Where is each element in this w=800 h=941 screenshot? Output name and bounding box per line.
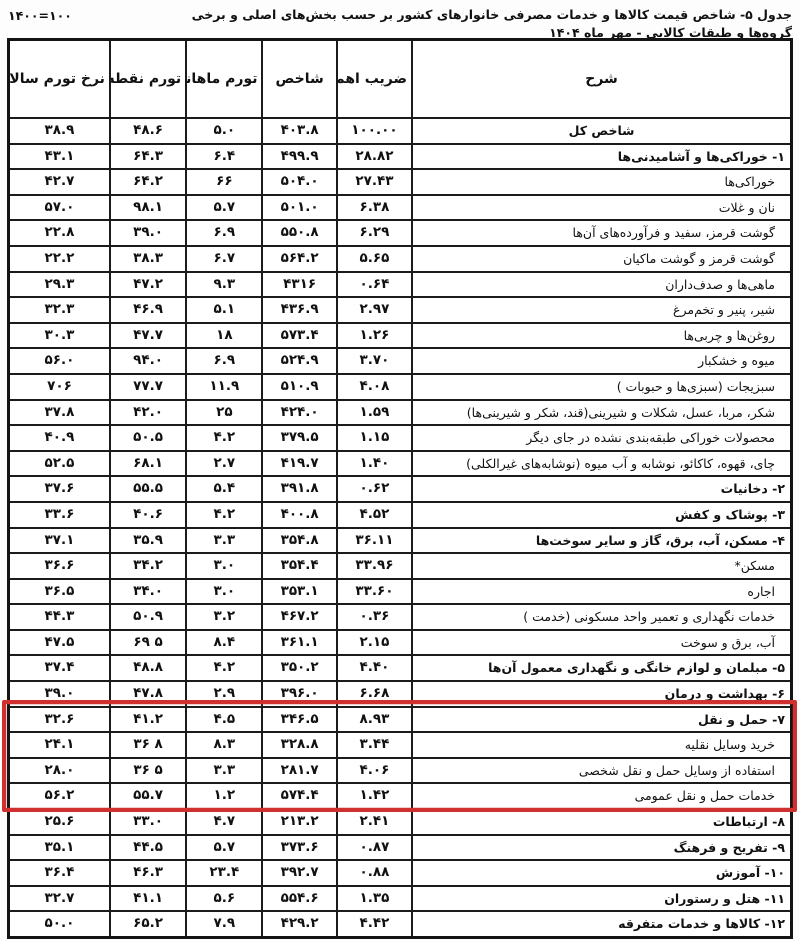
cell-index: ۴۹۹.۹ (262, 144, 336, 170)
cell-annual-inflation: ۵۷.۰ (9, 195, 110, 221)
cell-weight: ۲۷.۴۳ (337, 169, 412, 195)
header-cell-annual-inflation: نرخ تورم سالانه (9, 40, 110, 119)
cell-weight: ۴.۰۸ (337, 374, 412, 400)
table-row: خدمات حمل و نقل عمومی۱.۴۲۵۷۴.۴۱.۲۵۵.۷۵۶.… (9, 783, 792, 809)
cell-index: ۲۱۳.۲ (262, 809, 336, 835)
cell-monthly-inflation: ۲۵ (186, 400, 262, 426)
cell-description: شکر، مربا، عسل، شکلات و شیرینی(قند، شکر … (412, 400, 791, 426)
cell-description: ۷- حمل و نقل (412, 707, 791, 733)
table-row: ۵- مبلمان و لوازم خانگی و نگهداری معمول … (9, 655, 792, 681)
cell-weight: ۲۸.۸۲ (337, 144, 412, 170)
table-row: خدمات نگهداری و تعمیر واحد مسکونی (خدمت … (9, 604, 792, 630)
cell-description: محصولات خوراکی طبقه‌بندی نشده در جای دیگ… (412, 425, 791, 451)
cell-description: ۶- بهداشت و درمان (412, 681, 791, 707)
table-row: ۹- تفریح و فرهنگ۰.۸۷۳۷۳.۶۵.۷۴۴.۵۳۵.۱ (9, 835, 792, 861)
header-cell-index: شاخص (262, 40, 336, 119)
cell-annual-inflation: ۳۳.۶ (9, 502, 110, 528)
cell-point-to-point: ۴۱.۱ (110, 886, 186, 912)
cell-index: ۳۷۳.۶ (262, 835, 336, 861)
cell-annual-inflation: ۵۲.۵ (9, 451, 110, 477)
cell-monthly-inflation: ۲.۹ (186, 681, 262, 707)
table-row: ۱- خوراکی‌ها و آشامیدنی‌ها۲۸.۸۲۴۹۹.۹۶.۴۶… (9, 144, 792, 170)
cell-weight: ۳۶.۱۱ (337, 528, 412, 554)
cell-index: ۵۷۴.۴ (262, 783, 336, 809)
table-row: ۷- حمل و نقل۸.۹۳۳۴۶.۵۴.۵۴۱.۲۳۲.۶ (9, 707, 792, 733)
cell-monthly-inflation: ۶.۷ (186, 246, 262, 272)
cell-description: ماهی‌ها و صدف‌داران (412, 272, 791, 298)
cell-description: ۱۲- کالاها و خدمات متفرقه (412, 911, 791, 937)
cell-point-to-point: ۴۷.۷ (110, 323, 186, 349)
cell-description: روغن‌ها و چربی‌ها (412, 323, 791, 349)
cell-index: ۵۲۴.۹ (262, 348, 336, 374)
cell-point-to-point: ۶۸.۱ (110, 451, 186, 477)
cell-weight: ۰.۶۴ (337, 272, 412, 298)
cell-monthly-inflation: ۸.۳ (186, 732, 262, 758)
cell-weight: ۶.۲۹ (337, 220, 412, 246)
cell-monthly-inflation: ۳.۳ (186, 528, 262, 554)
cell-description: گوشت قرمز و گوشت ماکیان (412, 246, 791, 272)
cell-description: خدمات نگهداری و تعمیر واحد مسکونی (خدمت … (412, 604, 791, 630)
cell-weight: ۱.۵۹ (337, 400, 412, 426)
cell-index: ۳۹۲.۷ (262, 860, 336, 886)
cell-weight: ۱.۲۶ (337, 323, 412, 349)
cell-monthly-inflation: ۶.۹ (186, 348, 262, 374)
cell-monthly-inflation: ۳.۰ (186, 553, 262, 579)
cell-index: ۳۹۱.۸ (262, 476, 336, 502)
cell-point-to-point: ۵۵.۷ (110, 783, 186, 809)
cell-point-to-point: ۴۸.۶ (110, 118, 186, 144)
cell-description: ۱- خوراکی‌ها و آشامیدنی‌ها (412, 144, 791, 170)
cell-annual-inflation: ۳۷.۶ (9, 476, 110, 502)
cell-annual-inflation: ۳۲.۷ (9, 886, 110, 912)
cell-monthly-inflation: ۴.۲ (186, 425, 262, 451)
table-row: گوشت قرمز، سفید و فرآورده‌های آن‌ها۶.۲۹۵… (9, 220, 792, 246)
cell-description: ۹- تفریح و فرهنگ (412, 835, 791, 861)
table-row: نان و غلات۶.۳۸۵۰۱.۰۵.۷۹۸.۱۵۷.۰ (9, 195, 792, 221)
cell-description: ۵- مبلمان و لوازم خانگی و نگهداری معمول … (412, 655, 791, 681)
cell-monthly-inflation: ۷.۹ (186, 911, 262, 937)
cell-weight: ۱.۳۵ (337, 886, 412, 912)
cell-point-to-point: ۵۰.۵ (110, 425, 186, 451)
cell-point-to-point: ۴۶.۹ (110, 297, 186, 323)
cell-annual-inflation: ۴۷.۵ (9, 630, 110, 656)
cell-weight: ۰.۸۸ (337, 860, 412, 886)
cell-description: شاخص کل (412, 118, 791, 144)
cell-index: ۴۳۶.۹ (262, 297, 336, 323)
table-row: شیر، پنیر و تخم‌مرغ۲.۹۷۴۳۶.۹۵.۱۴۶.۹۳۲.۳ (9, 297, 792, 323)
cell-description: ۸- ارتباطات (412, 809, 791, 835)
cell-point-to-point: ۳۶ ۵ (110, 758, 186, 784)
cell-weight: ۴.۴۲ (337, 911, 412, 937)
price-index-table: شرح ضریب اهمیت شاخص تورم ماهانه تورم نقط… (7, 38, 793, 939)
cell-description: خرید وسایل نقلیه (412, 732, 791, 758)
cell-annual-inflation: ۳۶.۶ (9, 553, 110, 579)
cell-index: ۳۴۶.۵ (262, 707, 336, 733)
cell-description: استفاده از وسایل حمل و نقل شخصی (412, 758, 791, 784)
cell-monthly-inflation: ۶.۹ (186, 220, 262, 246)
cell-monthly-inflation: ۲.۷ (186, 451, 262, 477)
cell-weight: ۱۰۰.۰۰ (337, 118, 412, 144)
cell-point-to-point: ۴۶.۳ (110, 860, 186, 886)
cell-point-to-point: ۳۴.۲ (110, 553, 186, 579)
cell-point-to-point: ۵۵.۵ (110, 476, 186, 502)
cell-description: خدمات حمل و نقل عمومی (412, 783, 791, 809)
cell-index: ۴۶۷.۲ (262, 604, 336, 630)
cell-annual-inflation: ۵۶.۲ (9, 783, 110, 809)
cell-index: ۳۵۴.۴ (262, 553, 336, 579)
header-cell-monthly-inflation: تورم ماهانه (186, 40, 262, 119)
table-row: ۱۲- کالاها و خدمات متفرقه۴.۴۲۴۲۹.۲۷.۹۶۵.… (9, 911, 792, 937)
cell-description: اجاره (412, 579, 791, 605)
cell-index: ۳۷۹.۵ (262, 425, 336, 451)
cell-point-to-point: ۴۷.۸ (110, 681, 186, 707)
cell-index: ۴۰۳.۸ (262, 118, 336, 144)
cell-weight: ۱.۱۵ (337, 425, 412, 451)
cell-description: خوراکی‌ها (412, 169, 791, 195)
cell-annual-inflation: ۲۴.۱ (9, 732, 110, 758)
cell-annual-inflation: ۳۲.۳ (9, 297, 110, 323)
cell-annual-inflation: ۳۸.۹ (9, 118, 110, 144)
cell-point-to-point: ۳۵.۹ (110, 528, 186, 554)
table-row: استفاده از وسایل حمل و نقل شخصی۴.۰۶۲۸۱.۷… (9, 758, 792, 784)
cell-weight: ۸.۹۳ (337, 707, 412, 733)
cell-annual-inflation: ۳۹.۰ (9, 681, 110, 707)
cell-point-to-point: ۶۴.۲ (110, 169, 186, 195)
cell-index: ۴۳۱۶ (262, 272, 336, 298)
cell-monthly-inflation: ۳.۲ (186, 604, 262, 630)
cell-annual-inflation: ۳۷.۱ (9, 528, 110, 554)
cell-monthly-inflation: ۹.۳ (186, 272, 262, 298)
cell-index: ۵۵۴.۶ (262, 886, 336, 912)
cell-point-to-point: ۹۴.۰ (110, 348, 186, 374)
cell-annual-inflation: ۳۲.۶ (9, 707, 110, 733)
cell-point-to-point: ۴۸.۸ (110, 655, 186, 681)
cell-index: ۳۵۰.۲ (262, 655, 336, 681)
cell-weight: ۳۳.۹۶ (337, 553, 412, 579)
cell-weight: ۵.۶۵ (337, 246, 412, 272)
cell-annual-inflation: ۲۲.۸ (9, 220, 110, 246)
cell-annual-inflation: ۷۰۶ (9, 374, 110, 400)
cell-weight: ۰.۶۲ (337, 476, 412, 502)
page-title: جدول ۵- شاخص قیمت کالاها و خدمات مصرفی خ… (152, 6, 792, 42)
cell-index: ۵۵۰.۸ (262, 220, 336, 246)
table-row: ۴- مسکن، آب، برق، گاز و سایر سوخت‌ها۳۶.۱… (9, 528, 792, 554)
cell-monthly-inflation: ۵.۰ (186, 118, 262, 144)
cell-index: ۳۹۶.۰ (262, 681, 336, 707)
table-row: شکر، مربا، عسل، شکلات و شیرینی(قند، شکر … (9, 400, 792, 426)
cell-weight: ۲.۱۵ (337, 630, 412, 656)
cell-point-to-point: ۶۹ ۵ (110, 630, 186, 656)
cell-index: ۴۲۴.۰ (262, 400, 336, 426)
cell-description: ۱۱- هتل و رستوران (412, 886, 791, 912)
cell-description: ۳- پوشاک و کفش (412, 502, 791, 528)
table-row: روغن‌ها و چربی‌ها۱.۲۶۵۷۳.۴۱۸۴۷.۷۳۰.۳ (9, 323, 792, 349)
cell-index: ۴۲۹.۲ (262, 911, 336, 937)
cell-point-to-point: ۳۶ ۸ (110, 732, 186, 758)
table-row: ۱۰- آموزش۰.۸۸۳۹۲.۷۲۳.۴۴۶.۳۳۶.۴ (9, 860, 792, 886)
cell-index: ۴۱۹.۷ (262, 451, 336, 477)
cell-point-to-point: ۶۴.۳ (110, 144, 186, 170)
cell-index: ۲۸۱.۷ (262, 758, 336, 784)
cell-monthly-inflation: ۳.۰ (186, 579, 262, 605)
cell-annual-inflation: ۴۲.۷ (9, 169, 110, 195)
cell-point-to-point: ۵۰.۹ (110, 604, 186, 630)
cell-monthly-inflation: ۵.۱ (186, 297, 262, 323)
cell-weight: ۴.۰۶ (337, 758, 412, 784)
cell-annual-inflation: ۲۲.۲ (9, 246, 110, 272)
cell-description: چای، قهوه، کاکائو، نوشابه و آب میوه (نوش… (412, 451, 791, 477)
cell-weight: ۴.۴۰ (337, 655, 412, 681)
cell-point-to-point: ۳۹.۰ (110, 220, 186, 246)
cell-annual-inflation: ۵۶.۰ (9, 348, 110, 374)
title-bar: جدول ۵- شاخص قیمت کالاها و خدمات مصرفی خ… (8, 6, 792, 42)
cell-monthly-inflation: ۵.۷ (186, 195, 262, 221)
header-cell-weight: ضریب اهمیت (337, 40, 412, 119)
table-row: مسکن*۳۳.۹۶۳۵۴.۴۳.۰۳۴.۲۳۶.۶ (9, 553, 792, 579)
cell-description: سبزیجات (سبزی‌ها و حبوبات ) (412, 374, 791, 400)
cell-weight: ۰.۸۷ (337, 835, 412, 861)
cell-weight: ۳۳.۶۰ (337, 579, 412, 605)
cell-annual-inflation: ۵۰.۰ (9, 911, 110, 937)
cell-index: ۳۶۱.۱ (262, 630, 336, 656)
cell-monthly-inflation: ۳.۳ (186, 758, 262, 784)
cell-annual-inflation: ۴۳.۱ (9, 144, 110, 170)
cell-index: ۳۵۳.۱ (262, 579, 336, 605)
cell-point-to-point: ۴۴.۵ (110, 835, 186, 861)
cell-monthly-inflation: ۶.۴ (186, 144, 262, 170)
cell-weight: ۴.۵۲ (337, 502, 412, 528)
cell-monthly-inflation: ۵.۶ (186, 886, 262, 912)
cell-monthly-inflation: ۴.۲ (186, 502, 262, 528)
table-row: محصولات خوراکی طبقه‌بندی نشده در جای دیگ… (9, 425, 792, 451)
cell-weight: ۳.۴۴ (337, 732, 412, 758)
cell-annual-inflation: ۳۷.۸ (9, 400, 110, 426)
cell-monthly-inflation: ۴.۷ (186, 809, 262, 835)
table-row: ۳- پوشاک و کفش۴.۵۲۴۰۰.۸۴.۲۴۰.۶۳۳.۶ (9, 502, 792, 528)
cell-monthly-inflation: ۴.۲ (186, 655, 262, 681)
cell-description: نان و غلات (412, 195, 791, 221)
cell-index: ۴۰۰.۸ (262, 502, 336, 528)
cell-index: ۵۰۱.۰ (262, 195, 336, 221)
table-row: شاخص کل۱۰۰.۰۰۴۰۳.۸۵.۰۴۸.۶۳۸.۹ (9, 118, 792, 144)
cell-description: مسکن* (412, 553, 791, 579)
base-year-note: ۱۴۰۰=۱۰۰ (8, 6, 72, 23)
cell-index: ۳۲۸.۸ (262, 732, 336, 758)
cell-annual-inflation: ۲۵.۶ (9, 809, 110, 835)
cell-annual-inflation: ۲۸.۰ (9, 758, 110, 784)
cell-weight: ۶.۶۸ (337, 681, 412, 707)
cell-monthly-inflation: ۸.۴ (186, 630, 262, 656)
cell-weight: ۲.۹۷ (337, 297, 412, 323)
cell-point-to-point: ۴۰.۶ (110, 502, 186, 528)
cell-point-to-point: ۳۳.۰ (110, 809, 186, 835)
cell-annual-inflation: ۴۴.۳ (9, 604, 110, 630)
table-row: ۸- ارتباطات۲.۴۱۲۱۳.۲۴.۷۳۳.۰۲۵.۶ (9, 809, 792, 835)
cell-point-to-point: ۳۸.۳ (110, 246, 186, 272)
table-row: ۶- بهداشت و درمان۶.۶۸۳۹۶.۰۲.۹۴۷.۸۳۹.۰ (9, 681, 792, 707)
cell-description: ۱۰- آموزش (412, 860, 791, 886)
cell-point-to-point: ۳۴.۰ (110, 579, 186, 605)
cell-monthly-inflation: ۱۸ (186, 323, 262, 349)
table-row: اجاره۳۳.۶۰۳۵۳.۱۳.۰۳۴.۰۳۶.۵ (9, 579, 792, 605)
cell-monthly-inflation: ۵.۷ (186, 835, 262, 861)
table-body: شاخص کل۱۰۰.۰۰۴۰۳.۸۵.۰۴۸.۶۳۸.۹۱- خوراکی‌ه… (9, 118, 792, 938)
cell-index: ۳۵۴.۸ (262, 528, 336, 554)
cell-point-to-point: ۴۷.۲ (110, 272, 186, 298)
cell-annual-inflation: ۳۶.۵ (9, 579, 110, 605)
cell-weight: ۶.۳۸ (337, 195, 412, 221)
cell-description: ۴- مسکن، آب، برق، گاز و سایر سوخت‌ها (412, 528, 791, 554)
cell-weight: ۰.۳۶ (337, 604, 412, 630)
cell-description: آب، برق و سوخت (412, 630, 791, 656)
table-row: ۱۱- هتل و رستوران۱.۳۵۵۵۴.۶۵.۶۴۱.۱۳۲.۷ (9, 886, 792, 912)
cell-index: ۵۰۴.۰ (262, 169, 336, 195)
cell-weight: ۱.۴۲ (337, 783, 412, 809)
table-row: خرید وسایل نقلیه۳.۴۴۳۲۸.۸۸.۳۳۶ ۸۲۴.۱ (9, 732, 792, 758)
cell-index: ۵۱۰.۹ (262, 374, 336, 400)
cell-monthly-inflation: ۶۶ (186, 169, 262, 195)
table-row: ماهی‌ها و صدف‌داران۰.۶۴۴۳۱۶۹.۳۴۷.۲۲۹.۳ (9, 272, 792, 298)
table-row: گوشت قرمز و گوشت ماکیان۵.۶۵۵۶۴.۲۶.۷۳۸.۳۲… (9, 246, 792, 272)
scanned-table-page: { "title": "جدول ۵- شاخص قیمت کالاها و خ… (0, 0, 800, 941)
table-row: میوه و خشکبار۳.۷۰۵۲۴.۹۶.۹۹۴.۰۵۶.۰ (9, 348, 792, 374)
cell-weight: ۲.۴۱ (337, 809, 412, 835)
cell-annual-inflation: ۳۰.۳ (9, 323, 110, 349)
cell-monthly-inflation: ۲۳.۴ (186, 860, 262, 886)
cell-annual-inflation: ۴۰.۹ (9, 425, 110, 451)
cell-monthly-inflation: ۱.۲ (186, 783, 262, 809)
cell-monthly-inflation: ۱۱.۹ (186, 374, 262, 400)
cell-weight: ۱.۴۰ (337, 451, 412, 477)
cell-description: ۲- دخانیات (412, 476, 791, 502)
table-row: سبزیجات (سبزی‌ها و حبوبات )۴.۰۸۵۱۰.۹۱۱.۹… (9, 374, 792, 400)
table-header-row: شرح ضریب اهمیت شاخص تورم ماهانه تورم نقط… (9, 40, 792, 119)
cell-point-to-point: ۴۱.۲ (110, 707, 186, 733)
header-cell-description: شرح (412, 40, 791, 119)
cell-description: شیر، پنیر و تخم‌مرغ (412, 297, 791, 323)
cell-weight: ۳.۷۰ (337, 348, 412, 374)
cell-annual-inflation: ۲۹.۳ (9, 272, 110, 298)
cell-point-to-point: ۹۸.۱ (110, 195, 186, 221)
cell-description: گوشت قرمز، سفید و فرآورده‌های آن‌ها (412, 220, 791, 246)
table-row: خوراکی‌ها۲۷.۴۳۵۰۴.۰۶۶۶۴.۲۴۲.۷ (9, 169, 792, 195)
cell-annual-inflation: ۳۶.۴ (9, 860, 110, 886)
cell-point-to-point: ۶۵.۲ (110, 911, 186, 937)
cell-point-to-point: ۴۲.۰ (110, 400, 186, 426)
cell-annual-inflation: ۳۷.۴ (9, 655, 110, 681)
table-row: چای، قهوه، کاکائو، نوشابه و آب میوه (نوش… (9, 451, 792, 477)
cell-annual-inflation: ۳۵.۱ (9, 835, 110, 861)
table-row: ۲- دخانیات۰.۶۲۳۹۱.۸۵.۴۵۵.۵۳۷.۶ (9, 476, 792, 502)
header-cell-point-to-point: تورم نقطه به نقطه (110, 40, 186, 119)
cell-point-to-point: ۷۷.۷ (110, 374, 186, 400)
cell-index: ۵۷۳.۴ (262, 323, 336, 349)
cell-monthly-inflation: ۵.۴ (186, 476, 262, 502)
cell-description: میوه و خشکبار (412, 348, 791, 374)
cell-index: ۵۶۴.۲ (262, 246, 336, 272)
table-row: آب، برق و سوخت۲.۱۵۳۶۱.۱۸.۴۶۹ ۵۴۷.۵ (9, 630, 792, 656)
cell-monthly-inflation: ۴.۵ (186, 707, 262, 733)
